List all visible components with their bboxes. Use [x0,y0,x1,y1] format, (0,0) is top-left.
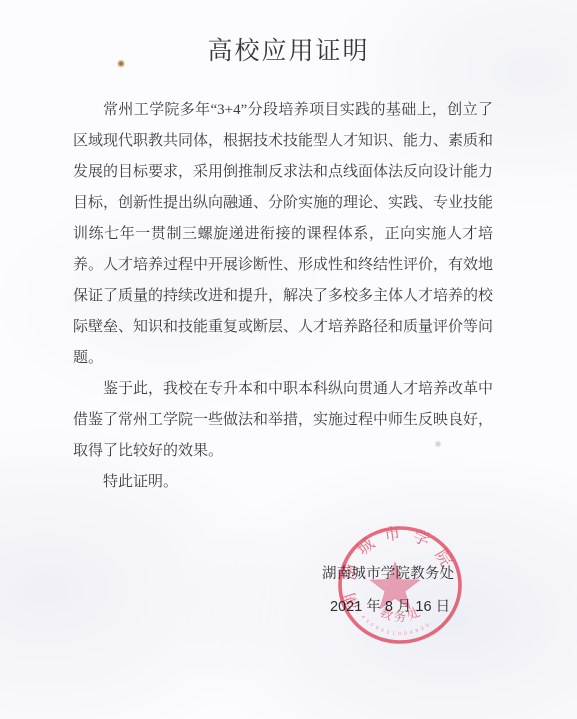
body-paragraph: 鉴于此，我校在专升本和中职本科纵向贯通人才培养改革中借鉴了常州工学院一些做法和举… [73,374,493,467]
document-title: 高校应用证明 [0,31,577,67]
signature-date: 2021 年 8 月 16 日 [330,595,450,616]
scanned-certificate-page: 高校应用证明 常州工学院多年“3+4”分段培养项目实践的基础上，创立了区域现代职… [0,0,577,719]
seal-serial-text-container: 4309031004935 [361,614,431,636]
document-body: 常州工学院多年“3+4”分段培养项目实践的基础上，创立了区域现代职教共同体，根据… [73,95,493,498]
official-seal: 湖南城市学院 教务处 4309031004935 [330,515,470,655]
body-paragraph: 常州工学院多年“3+4”分段培养项目实践的基础上，创立了区域现代职教共同体，根据… [73,95,493,374]
seal-ring-icon [340,528,460,642]
body-paragraph: 特此证明。 [73,467,493,498]
signature-organization: 湖南城市学院教务处 [322,562,454,583]
seal-serial-number: 4309031004935 [361,614,431,636]
